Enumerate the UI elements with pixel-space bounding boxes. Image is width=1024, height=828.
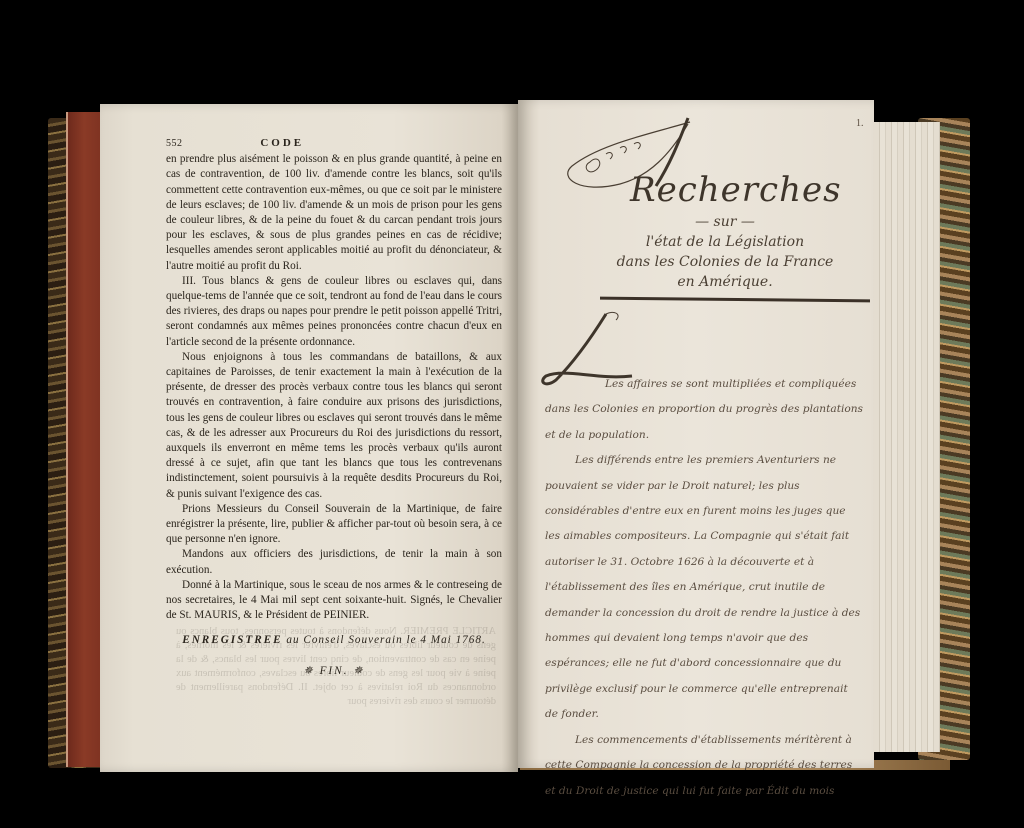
- paragraph: Nous enjoignons à tous les commandans de…: [166, 350, 502, 502]
- paragraph: en prendre plus aisément le poisson & en…: [166, 152, 502, 274]
- registration-text: au Conseil Souverain le 4 Mai 1768.: [286, 634, 485, 646]
- paragraph: Donné à la Martinique, sous le sceau de …: [166, 578, 502, 624]
- paragraph: Mandons aux officiers des jurisdictions,…: [166, 547, 502, 577]
- subtitle-line: dans les Colonies de la France: [595, 252, 855, 272]
- subtitle-line: l'état de la Législation: [595, 232, 855, 252]
- open-book: ARTICLE PREMIER. Nous défendons à toutes…: [0, 0, 1024, 828]
- registration-caps: ENREGISTREE: [182, 634, 282, 646]
- running-head-title: CODE: [260, 136, 304, 151]
- paragraph: III. Tous blancs & gens de couleur libre…: [166, 274, 502, 350]
- manuscript-paragraph: Les commencements d'établissements mérit…: [545, 728, 863, 804]
- page-number: 552: [166, 136, 183, 151]
- subtitle-line: — sur —: [595, 212, 855, 232]
- end-mark: ✵ FIN. ✵: [166, 664, 502, 679]
- running-head: 552 CODE: [166, 136, 502, 151]
- manuscript-paragraph: Les différends entre les premiers Aventu…: [545, 448, 863, 727]
- folio-number: 1.: [856, 118, 864, 129]
- paragraph: Prions Messieurs du Conseil Souverain de…: [166, 502, 502, 548]
- manuscript-paragraph: Les affaires se sont multipliées et comp…: [545, 372, 863, 448]
- manuscript-body: Les affaires se sont multipliées et comp…: [545, 372, 863, 804]
- subtitle-line: en Amérique.: [595, 272, 855, 292]
- printed-text-block: 552 CODE en prendre plus aisément le poi…: [166, 136, 502, 679]
- manuscript-title: Recherches: [630, 170, 842, 210]
- registration-line: ENREGISTREE au Conseil Souverain le 4 Ma…: [166, 633, 502, 648]
